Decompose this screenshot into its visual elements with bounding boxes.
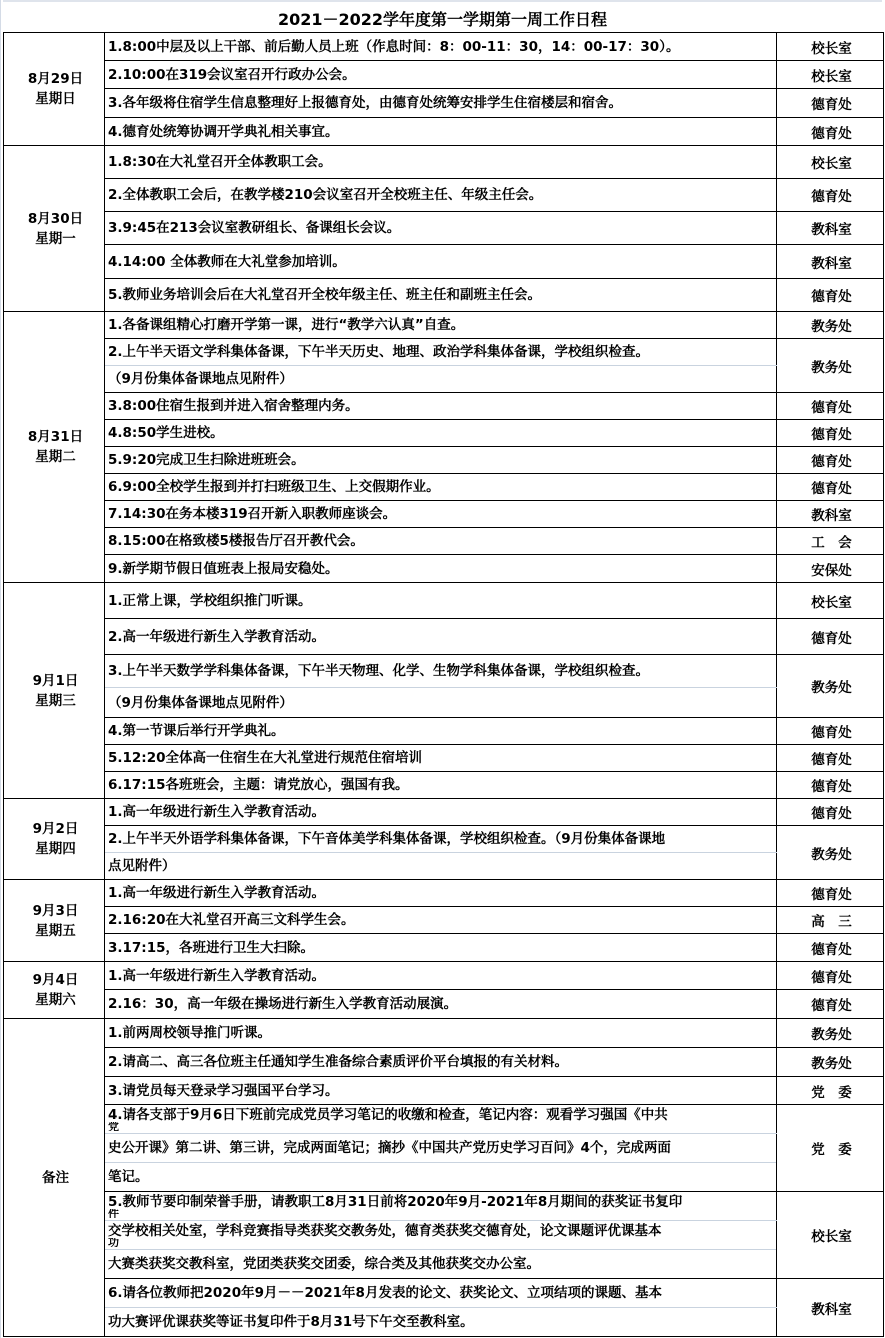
- schedule-title: 2021－2022学年度第一学期第一周工作日程: [3, 0, 882, 34]
- weekday-label: 星期一: [7, 229, 104, 249]
- department-cell: 工 会: [777, 528, 884, 555]
- task-cell[interactable]: 2.上午半天语文学科集体备课，下午半天历史、地理、政治学科集体备课，学校组织检查…: [105, 339, 777, 366]
- table-row: 4.第一节课后举行开学典礼。 德育处: [4, 718, 884, 745]
- note-cell[interactable]: 5.教师节要印制荣誉手册，请教职工8月31日前将2020年9月-2021年8月期…: [105, 1192, 777, 1221]
- department-cell: 德育处: [777, 89, 884, 118]
- department-cell: 党 委: [777, 1105, 884, 1192]
- department-cell: 德育处: [777, 420, 884, 447]
- table-row-continuation: 大赛类获奖交教科室，党团类获奖交团委，综合类及其他获奖交办公室。: [4, 1250, 884, 1279]
- table-row: 7.14:30在务本楼319召开新入职教师座谈会。 教科室: [4, 501, 884, 528]
- note-cell[interactable]: 6.请各位教师把2020年9月－－2021年8月发表的论文、获奖论文、立项结项的…: [105, 1279, 777, 1308]
- note-line: 交学校相关处室，学科竞赛指导类获奖交教务处，德育类获奖交德育处，论文课题评优课基…: [108, 1224, 776, 1247]
- note-cell-continuation[interactable]: 大赛类获奖交教科室，党团类获奖交团委，综合类及其他获奖交办公室。: [105, 1250, 777, 1279]
- department-cell: 校长室: [777, 33, 884, 61]
- note-line: 5.教师节要印制荣誉手册，请教职工8月31日前将2020年9月-2021年8月期…: [108, 1195, 776, 1218]
- task-cell[interactable]: 3.各年级将住宿学生信息整理好上报德育处，由德育处统筹安排学生住宿楼层和宿舍。: [105, 89, 777, 118]
- task-cell[interactable]: 3.8:00住宿生报到并进入宿舍整理内务。: [105, 393, 777, 420]
- task-cell-continuation[interactable]: （9月份集体备课地点见附件）: [105, 366, 777, 393]
- task-cell[interactable]: 5.教师业务培训会后在大礼堂召开全校年级主任、班主任和副班主任会。: [105, 279, 777, 312]
- table-row: 5.教师业务培训会后在大礼堂召开全校年级主任、班主任和副班主任会。 德育处: [4, 279, 884, 312]
- task-cell[interactable]: 9.新学期节假日值班表上报局安稳处。: [105, 555, 777, 583]
- note-cell-continuation[interactable]: 笔记。: [105, 1163, 777, 1192]
- task-cell[interactable]: 4.第一节课后举行开学典礼。: [105, 718, 777, 745]
- department-cell: 德育处: [777, 799, 884, 826]
- department-cell: 校长室: [777, 146, 884, 179]
- note-cell-continuation[interactable]: 交学校相关处室，学科竞赛指导类获奖交教务处，德育类获奖交德育处，论文课题评优课基…: [105, 1221, 777, 1250]
- date-label: 9月1日: [7, 671, 104, 691]
- task-cell[interactable]: 1.高一年级进行新生入学教育活动。: [105, 962, 777, 990]
- table-row: 2.请高二、高三各位班主任通知学生准备综合素质评价平台填报的有关材料。 教务处: [4, 1048, 884, 1077]
- date-cell: 8月31日 星期二: [4, 312, 105, 583]
- task-cell[interactable]: 2.16:20在大礼堂召开高三文科学生会。: [105, 907, 777, 934]
- table-row-continuation: 功大赛评优课获奖等证书复印件于8月31号下午交至教科室。: [4, 1308, 884, 1337]
- table-row: 9月4日 星期六 1.高一年级进行新生入学教育活动。 德育处: [4, 962, 884, 990]
- table-row: 6.9:00全校学生报到并打扫班级卫生、上交假期作业。 德育处: [4, 474, 884, 501]
- department-cell: 高 三: [777, 907, 884, 934]
- task-cell-continuation[interactable]: （9月份集体备课地点见附件）: [105, 688, 777, 718]
- department-cell: 教务处: [777, 655, 884, 718]
- table-row: 8月30日 星期一 1.8:30在大礼堂召开全体教职工会。 校长室: [4, 146, 884, 179]
- weekday-label: 星期二: [7, 447, 104, 467]
- table-row: 3.各年级将住宿学生信息整理好上报德育处，由德育处统筹安排学生住宿楼层和宿舍。 …: [4, 89, 884, 118]
- table-row-continuation: 点见附件）: [4, 853, 884, 880]
- table-row: 5.12:20全体高一住宿生在大礼堂进行规范住宿培训 德育处: [4, 745, 884, 772]
- table-row: 8.15:00在格致楼5楼报告厅召开教代会。 工 会: [4, 528, 884, 555]
- department-cell: 校长室: [777, 583, 884, 619]
- note-line-text: 4.请各支部于9月6日下班前完成党员学习笔记的收缴和检查，笔记内容：观看学习强国…: [108, 1107, 668, 1123]
- department-cell: 德育处: [777, 934, 884, 962]
- task-cell[interactable]: 4.德育处统筹协调开学典礼相关事宜。: [105, 118, 777, 146]
- note-line-text: 5.教师节要印制荣誉手册，请教职工8月31日前将2020年9月-2021年8月期…: [108, 1194, 682, 1210]
- table-row: 9.新学期节假日值班表上报局安稳处。 安保处: [4, 555, 884, 583]
- table-row: 8月31日 星期二 1.各备课组精心打磨开学第一课，进行“教学六认真”自查。 教…: [4, 312, 884, 339]
- table-row: 3.请党员每天登录学习强国平台学习。 党 委: [4, 1077, 884, 1105]
- task-cell[interactable]: 8.15:00在格致楼5楼报告厅召开教代会。: [105, 528, 777, 555]
- date-cell: 9月4日 星期六: [4, 962, 105, 1019]
- department-cell: 教务处: [777, 339, 884, 393]
- note-line: 4.请各支部于9月6日下班前完成党员学习笔记的收缴和检查，笔记内容：观看学习强国…: [108, 1108, 776, 1131]
- table-row: 4.8:50学生进校。 德育处: [4, 420, 884, 447]
- table-row: 2.上午半天外语学科集体备课，下午音体美学科集体备课，学校组织检查。（9月份集体…: [4, 826, 884, 853]
- date-label: 8月31日: [7, 427, 104, 447]
- department-cell: 德育处: [777, 772, 884, 799]
- department-cell: 德育处: [777, 962, 884, 990]
- table-row: 4.德育处统筹协调开学典礼相关事宜。 德育处: [4, 118, 884, 146]
- note-cell[interactable]: 2.请高二、高三各位班主任通知学生准备综合素质评价平台填报的有关材料。: [105, 1048, 777, 1077]
- department-cell: 德育处: [777, 880, 884, 907]
- table-row: 3.17:15，各班进行卫生大扫除。 德育处: [4, 934, 884, 962]
- table-row-continuation: 笔记。: [4, 1163, 884, 1192]
- task-cell[interactable]: 2.高一年级进行新生入学教育活动。: [105, 619, 777, 655]
- table-row: 9月2日 星期四 1.高一年级进行新生入学教育活动。 德育处: [4, 799, 884, 826]
- table-row: 4.请各支部于9月6日下班前完成党员学习笔记的收缴和检查，笔记内容：观看学习强国…: [4, 1105, 884, 1134]
- table-row: 5.9:20完成卫生扫除进班班会。 德育处: [4, 447, 884, 474]
- task-cell[interactable]: 3.上午半天数学学科集体备课，下午半天物理、化学、生物学科集体备课，学校组织检查…: [105, 655, 777, 688]
- date-cell: 9月3日 星期五: [4, 880, 105, 962]
- date-label: 9月2日: [7, 819, 104, 839]
- weekday-label: 星期四: [7, 839, 104, 859]
- date-cell: 9月2日 星期四: [4, 799, 105, 880]
- table-row: 6.请各位教师把2020年9月－－2021年8月发表的论文、获奖论文、立项结项的…: [4, 1279, 884, 1308]
- note-cell[interactable]: 1.前两周校领导推门听课。: [105, 1019, 777, 1048]
- date-label: 8月30日: [7, 209, 104, 229]
- department-cell: 德育处: [777, 393, 884, 420]
- note-cell-continuation[interactable]: 史公开课》第二讲、第三讲，完成两面笔记；摘抄《中国共产党历史学习百问》4个，完成…: [105, 1134, 777, 1163]
- department-cell: 德育处: [777, 447, 884, 474]
- task-cell[interactable]: 5.9:20完成卫生扫除进班班会。: [105, 447, 777, 474]
- table-row-continuation: （9月份集体备课地点见附件）: [4, 688, 884, 718]
- department-cell: 校长室: [777, 1192, 884, 1279]
- note-line-overflow: 件: [108, 1209, 776, 1218]
- note-line-overflow: 功: [108, 1238, 776, 1247]
- department-cell: 教科室: [777, 245, 884, 279]
- table-row: 备注 1.前两周校领导推门听课。 教务处: [4, 1019, 884, 1048]
- department-cell: 德育处: [777, 279, 884, 312]
- table-row: 2.10:00在319会议室召开行政办公会。 校长室: [4, 61, 884, 89]
- department-cell: 德育处: [777, 745, 884, 772]
- date-cell: 8月29日 星期日: [4, 33, 105, 146]
- department-cell: 教科室: [777, 501, 884, 528]
- note-cell[interactable]: 3.请党员每天登录学习强国平台学习。: [105, 1077, 777, 1105]
- weekday-label: 星期六: [7, 990, 104, 1010]
- weekday-label: 星期三: [7, 691, 104, 711]
- task-cell[interactable]: 1.高一年级进行新生入学教育活动。: [105, 880, 777, 907]
- date-cell: 8月30日 星期一: [4, 146, 105, 312]
- department-cell: 教务处: [777, 1019, 884, 1048]
- notes-label-cell: 备注: [4, 1019, 105, 1337]
- department-cell: 教务处: [777, 312, 884, 339]
- task-cell-continuation[interactable]: 点见附件）: [105, 853, 777, 880]
- task-cell[interactable]: 6.17:15各班班会，主题：请党放心，强国有我。: [105, 772, 777, 799]
- table-row: 2.16：30，高一年级在操场进行新生入学教育活动展演。 德育处: [4, 990, 884, 1019]
- date-cell: 9月1日 星期三: [4, 583, 105, 799]
- table-row: 2.上午半天语文学科集体备课，下午半天历史、地理、政治学科集体备课，学校组织检查…: [4, 339, 884, 366]
- table-row-continuation: 史公开课》第二讲、第三讲，完成两面笔记；摘抄《中国共产党历史学习百问》4个，完成…: [4, 1134, 884, 1163]
- department-cell: 校长室: [777, 61, 884, 89]
- note-cell[interactable]: 4.请各支部于9月6日下班前完成党员学习笔记的收缴和检查，笔记内容：观看学习强国…: [105, 1105, 777, 1134]
- table-row: 2.全体教职工会后，在教学楼210会议室召开全校班主任、年级主任会。 德育处: [4, 179, 884, 212]
- task-cell[interactable]: 3.17:15，各班进行卫生大扫除。: [105, 934, 777, 962]
- task-cell[interactable]: 1.高一年级进行新生入学教育活动。: [105, 799, 777, 826]
- table-row: 9月1日 星期三 1.正常上课，学校组织推门听课。 校长室: [4, 583, 884, 619]
- table-row: 3.9:45在213会议室教研组长、备课组长会议。 教科室: [4, 212, 884, 245]
- department-cell: 教科室: [777, 1279, 884, 1337]
- weekday-label: 星期五: [7, 921, 104, 941]
- task-cell[interactable]: 1.8:30在大礼堂召开全体教职工会。: [105, 146, 777, 179]
- table-row: 8月29日 星期日 1.8:00中层及以上干部、前后勤人员上班（作息时间：8：0…: [4, 33, 884, 61]
- table-row: 6.17:15各班班会，主题：请党放心，强国有我。 德育处: [4, 772, 884, 799]
- task-cell[interactable]: 4.8:50学生进校。: [105, 420, 777, 447]
- note-line-text: 交学校相关处室，学科竞赛指导类获奖交教务处，德育类获奖交德育处，论文课题评优课基…: [108, 1223, 662, 1239]
- task-cell[interactable]: 2.全体教职工会后，在教学楼210会议室召开全校班主任、年级主任会。: [105, 179, 777, 212]
- department-cell: 德育处: [777, 118, 884, 146]
- task-cell[interactable]: 1.各备课组精心打磨开学第一课，进行“教学六认真”自查。: [105, 312, 777, 339]
- task-cell[interactable]: 2.10:00在319会议室召开行政办公会。: [105, 61, 777, 89]
- date-label: 9月3日: [7, 901, 104, 921]
- task-cell[interactable]: 1.8:00中层及以上干部、前后勤人员上班（作息时间：8：00-11：30，14…: [105, 33, 777, 61]
- table-row: 5.教师节要印制荣誉手册，请教职工8月31日前将2020年9月-2021年8月期…: [4, 1192, 884, 1221]
- table-row-continuation: （9月份集体备课地点见附件）: [4, 366, 884, 393]
- table-row: 9月3日 星期五 1.高一年级进行新生入学教育活动。 德育处: [4, 880, 884, 907]
- notes-label: 备注: [7, 1168, 104, 1188]
- department-cell: 德育处: [777, 718, 884, 745]
- department-cell: 德育处: [777, 990, 884, 1019]
- table-row: 2.高一年级进行新生入学教育活动。 德育处: [4, 619, 884, 655]
- department-cell: 党 委: [777, 1077, 884, 1105]
- table-row: 3.8:00住宿生报到并进入宿舍整理内务。 德育处: [4, 393, 884, 420]
- date-label: 8月29日: [7, 69, 104, 89]
- task-cell[interactable]: 4.14:00 全体教师在大礼堂参加培训。: [105, 245, 777, 279]
- table-row: 2.16:20在大礼堂召开高三文科学生会。 高 三: [4, 907, 884, 934]
- task-cell[interactable]: 3.9:45在213会议室教研组长、备课组长会议。: [105, 212, 777, 245]
- note-line-overflow: 党: [108, 1122, 776, 1131]
- department-cell: 德育处: [777, 179, 884, 212]
- task-cell[interactable]: 1.正常上课，学校组织推门听课。: [105, 583, 777, 619]
- task-cell[interactable]: 5.12:20全体高一住宿生在大礼堂进行规范住宿培训: [105, 745, 777, 772]
- table-row: 3.上午半天数学学科集体备课，下午半天物理、化学、生物学科集体备课，学校组织检查…: [4, 655, 884, 688]
- schedule-table: 8月29日 星期日 1.8:00中层及以上干部、前后勤人员上班（作息时间：8：0…: [3, 32, 884, 1337]
- note-cell-continuation[interactable]: 功大赛评优课获奖等证书复印件于8月31号下午交至教科室。: [105, 1308, 777, 1337]
- weekday-label: 星期日: [7, 89, 104, 109]
- task-cell[interactable]: 2.16：30，高一年级在操场进行新生入学教育活动展演。: [105, 990, 777, 1019]
- table-row: 4.14:00 全体教师在大礼堂参加培训。 教科室: [4, 245, 884, 279]
- table-row-continuation: 交学校相关处室，学科竞赛指导类获奖交教务处，德育类获奖交德育处，论文课题评优课基…: [4, 1221, 884, 1250]
- department-cell: 教务处: [777, 826, 884, 880]
- date-label: 9月4日: [7, 970, 104, 990]
- department-cell: 教务处: [777, 1048, 884, 1077]
- department-cell: 安保处: [777, 555, 884, 583]
- task-cell[interactable]: 6.9:00全校学生报到并打扫班级卫生、上交假期作业。: [105, 474, 777, 501]
- department-cell: 教科室: [777, 212, 884, 245]
- department-cell: 德育处: [777, 619, 884, 655]
- task-cell[interactable]: 7.14:30在务本楼319召开新入职教师座谈会。: [105, 501, 777, 528]
- department-cell: 德育处: [777, 474, 884, 501]
- task-cell[interactable]: 2.上午半天外语学科集体备课，下午音体美学科集体备课，学校组织检查。（9月份集体…: [105, 826, 777, 853]
